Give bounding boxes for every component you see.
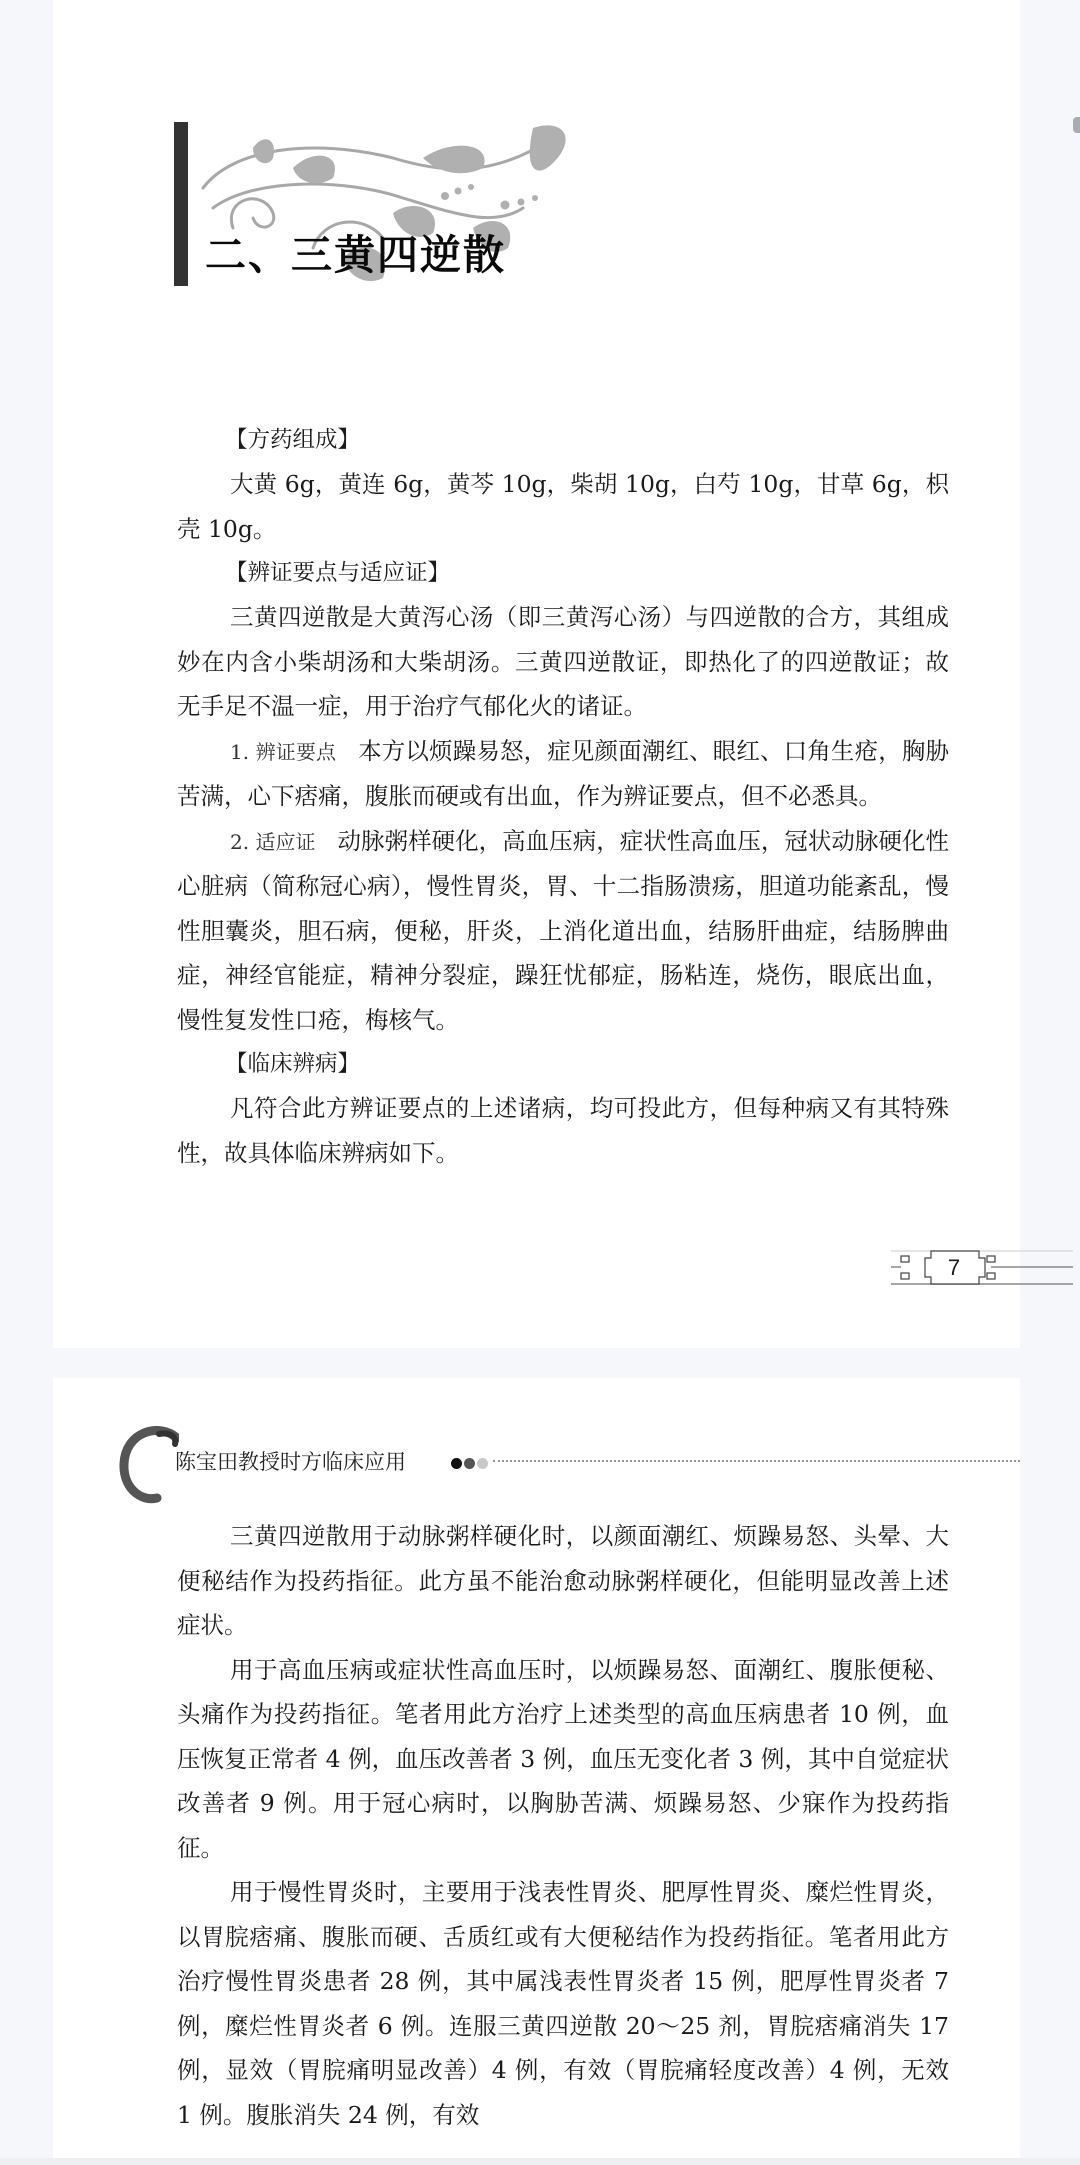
header-dots — [451, 1454, 490, 1473]
paragraph: 用于慢性胃炎时，主要用于浅表性胃炎、肥厚性胃炎、糜烂性胃炎，以胃脘痞痛、腹胀而硬… — [177, 1870, 949, 2137]
book-page-8: 陈宝田教授时方临床应用 三黄四逆散用于动脉粥样硬化时，以颜面潮红、烦躁易怒、头晕… — [53, 1378, 1020, 2165]
bottom-edge — [0, 2158, 1080, 2165]
paragraph: 三黄四逆散是大黄泻心汤（即三黄泻心汤）与四逆散的合方，其组成妙在内含小柴胡汤和大… — [177, 595, 949, 729]
dot-icon — [451, 1458, 462, 1469]
page-number-frame-icon — [891, 1250, 1073, 1286]
scrollbar-thumb[interactable] — [1073, 117, 1080, 133]
page1-body: 【方药组成】 大黄 6g，黄连 6g，黄芩 10g，柴胡 10g，白芍 10g，… — [177, 418, 949, 1175]
dot-icon — [464, 1458, 475, 1469]
paragraph: 1. 辨证要点本方以烦躁易怒，症见颜面潮红、眼红、口角生疮，胸胁苦满，心下痞痛，… — [177, 729, 949, 819]
section-heading: 【方药组成】 — [177, 418, 949, 462]
paragraph: 2. 适应证动脉粥样硬化，高血压病，症状性高血压，冠状动脉硬化性心脏病（简称冠心… — [177, 819, 949, 1043]
brush-ring-icon — [119, 1426, 179, 1504]
title-accent-bar — [174, 122, 188, 286]
paragraph: 三黄四逆散用于动脉粥样硬化时，以颜面潮红、烦躁易怒、头晕、大便秘结作为投药指征。… — [177, 1514, 949, 1648]
section-heading: 【临床辨病】 — [177, 1042, 949, 1086]
book-page-7: 二、三黄四逆散 【方药组成】 大黄 6g，黄连 6g，黄芩 10g，柴胡 10g… — [53, 0, 1020, 1348]
dot-icon — [477, 1458, 488, 1469]
page-number: 7 — [929, 1253, 979, 1283]
page2-body: 三黄四逆散用于动脉粥样硬化时，以颜面潮红、烦躁易怒、头晕、大便秘结作为投药指征。… — [177, 1514, 949, 2137]
running-header-title: 陈宝田教授时方临床应用 — [175, 1446, 406, 1476]
item-label: 1. 辨证要点 — [230, 740, 336, 764]
paragraph: 大黄 6g，黄连 6g，黄芩 10g，柴胡 10g，白芍 10g，甘草 6g，枳… — [177, 462, 949, 551]
paragraph: 用于高血压病或症状性高血压时，以烦躁易怒、面潮红、腹胀便秘、头痛作为投药指征。笔… — [177, 1648, 949, 1871]
chapter-title: 二、三黄四逆散 — [205, 222, 506, 281]
paragraph: 凡符合此方辨证要点的上述诸病，均可投此方，但每种病又有其特殊性，故具体临床辨病如… — [177, 1086, 949, 1175]
item-text: 动脉粥样硬化，高血压病，症状性高血压，冠状动脉硬化性心脏病（简称冠心病），慢性胃… — [177, 827, 949, 1034]
page-number-badge: 7 — [891, 1250, 1073, 1286]
section-heading: 【辨证要点与适应证】 — [177, 551, 949, 595]
item-label: 2. 适应证 — [230, 830, 316, 854]
header-dotted-rule — [493, 1460, 1020, 1462]
